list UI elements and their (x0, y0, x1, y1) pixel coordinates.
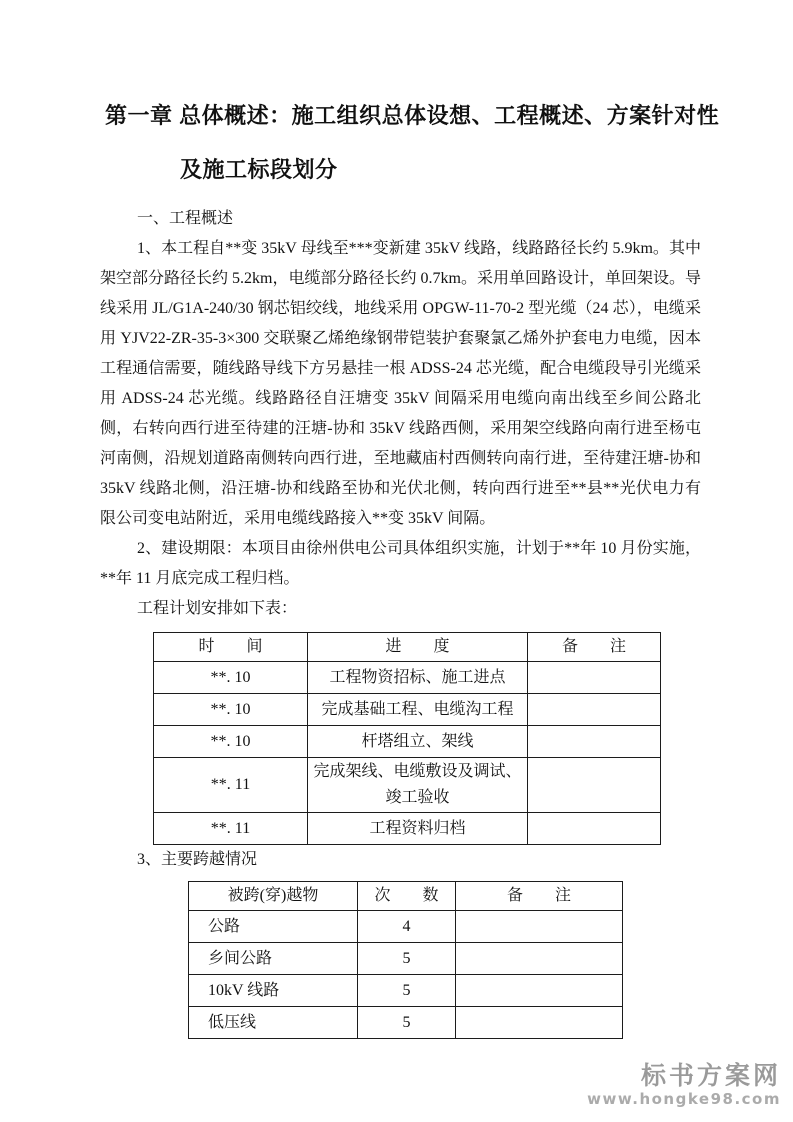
progress-cell: 杆塔组立、架线 (308, 726, 528, 758)
time-cell: **. 10 (154, 726, 308, 758)
count-cell: 5 (358, 1007, 456, 1039)
table-row: 公路 4 (189, 911, 623, 943)
time-column-header: 时 间 (154, 633, 308, 662)
count-cell: 5 (358, 943, 456, 975)
note-column-header: 备 注 (456, 882, 623, 911)
document-body: 一、工程概述 1、本工程自**变 35kV 母线至***变新建 35kV 线路，… (100, 204, 701, 1039)
table-header-row: 被跨(穿)越物 次 数 备 注 (189, 882, 623, 911)
time-cell: **. 11 (154, 813, 308, 845)
progress-cell: 完成基础工程、电缆沟工程 (308, 694, 528, 726)
note-cell (456, 911, 623, 943)
progress-column-header: 进 度 (308, 633, 528, 662)
watermark: 标书方案网 www.hongke98.com (587, 1062, 781, 1108)
progress-cell: 工程资料归档 (308, 813, 528, 845)
crossed-object-column-header: 被跨(穿)越物 (189, 882, 358, 911)
table-row: **. 10 工程物资招标、施工进点 (154, 662, 661, 694)
note-column-header: 备 注 (528, 633, 661, 662)
table-row: 乡间公路 5 (189, 943, 623, 975)
schedule-table: 时 间 进 度 备 注 **. 10 工程物资招标、施工进点 **. 10 完成… (153, 632, 661, 845)
watermark-site-url: www.hongke98.com (587, 1090, 781, 1108)
construction-period-paragraph: 2、建设期限：本项目由徐州供电公司具体组织实施，计划于**年 10 月份实施，*… (100, 534, 701, 594)
crossed-object-cell: 乡间公路 (189, 943, 358, 975)
section3-heading: 3、主要跨越情况 (100, 845, 701, 875)
section1-heading: 一、工程概述 (100, 204, 701, 234)
note-cell (528, 726, 661, 758)
note-cell (528, 662, 661, 694)
table-row: 低压线 5 (189, 1007, 623, 1039)
progress-cell: 工程物资招标、施工进点 (308, 662, 528, 694)
table-row: 10kV 线路 5 (189, 975, 623, 1007)
watermark-site-name: 标书方案网 (587, 1062, 781, 1090)
note-cell (528, 813, 661, 845)
crossed-object-cell: 公路 (189, 911, 358, 943)
time-cell: **. 10 (154, 662, 308, 694)
table-row: **. 10 完成基础工程、电缆沟工程 (154, 694, 661, 726)
document-page: 第一章 总体概述：施工组织总体设想、工程概述、方案针对性 及施工标段划分 一、工… (0, 0, 793, 1122)
note-cell (456, 943, 623, 975)
chapter-title-line2: 及施工标段划分 (180, 153, 338, 184)
progress-cell: 完成架线、电缆敷设及调试、竣工验收 (308, 758, 528, 813)
count-column-header: 次 数 (358, 882, 456, 911)
table-row: **. 11 工程资料归档 (154, 813, 661, 845)
chapter-title-line1: 第一章 总体概述：施工组织总体设想、工程概述、方案针对性 (105, 99, 719, 130)
note-cell (456, 975, 623, 1007)
table-row: **. 10 杆塔组立、架线 (154, 726, 661, 758)
note-cell (528, 758, 661, 813)
count-cell: 5 (358, 975, 456, 1007)
note-cell (528, 694, 661, 726)
project-overview-paragraph: 1、本工程自**变 35kV 母线至***变新建 35kV 线路，线路路径长约 … (100, 234, 701, 534)
time-cell: **. 11 (154, 758, 308, 813)
crossed-object-cell: 低压线 (189, 1007, 358, 1039)
table-header-row: 时 间 进 度 备 注 (154, 633, 661, 662)
note-cell (456, 1007, 623, 1039)
crossing-table: 被跨(穿)越物 次 数 备 注 公路 4 乡间公路 5 10kV 线路 (188, 881, 623, 1039)
count-cell: 4 (358, 911, 456, 943)
time-cell: **. 10 (154, 694, 308, 726)
table-row: **. 11 完成架线、电缆敷设及调试、竣工验收 (154, 758, 661, 813)
crossed-object-cell: 10kV 线路 (189, 975, 358, 1007)
schedule-table-caption: 工程计划安排如下表： (100, 594, 701, 624)
